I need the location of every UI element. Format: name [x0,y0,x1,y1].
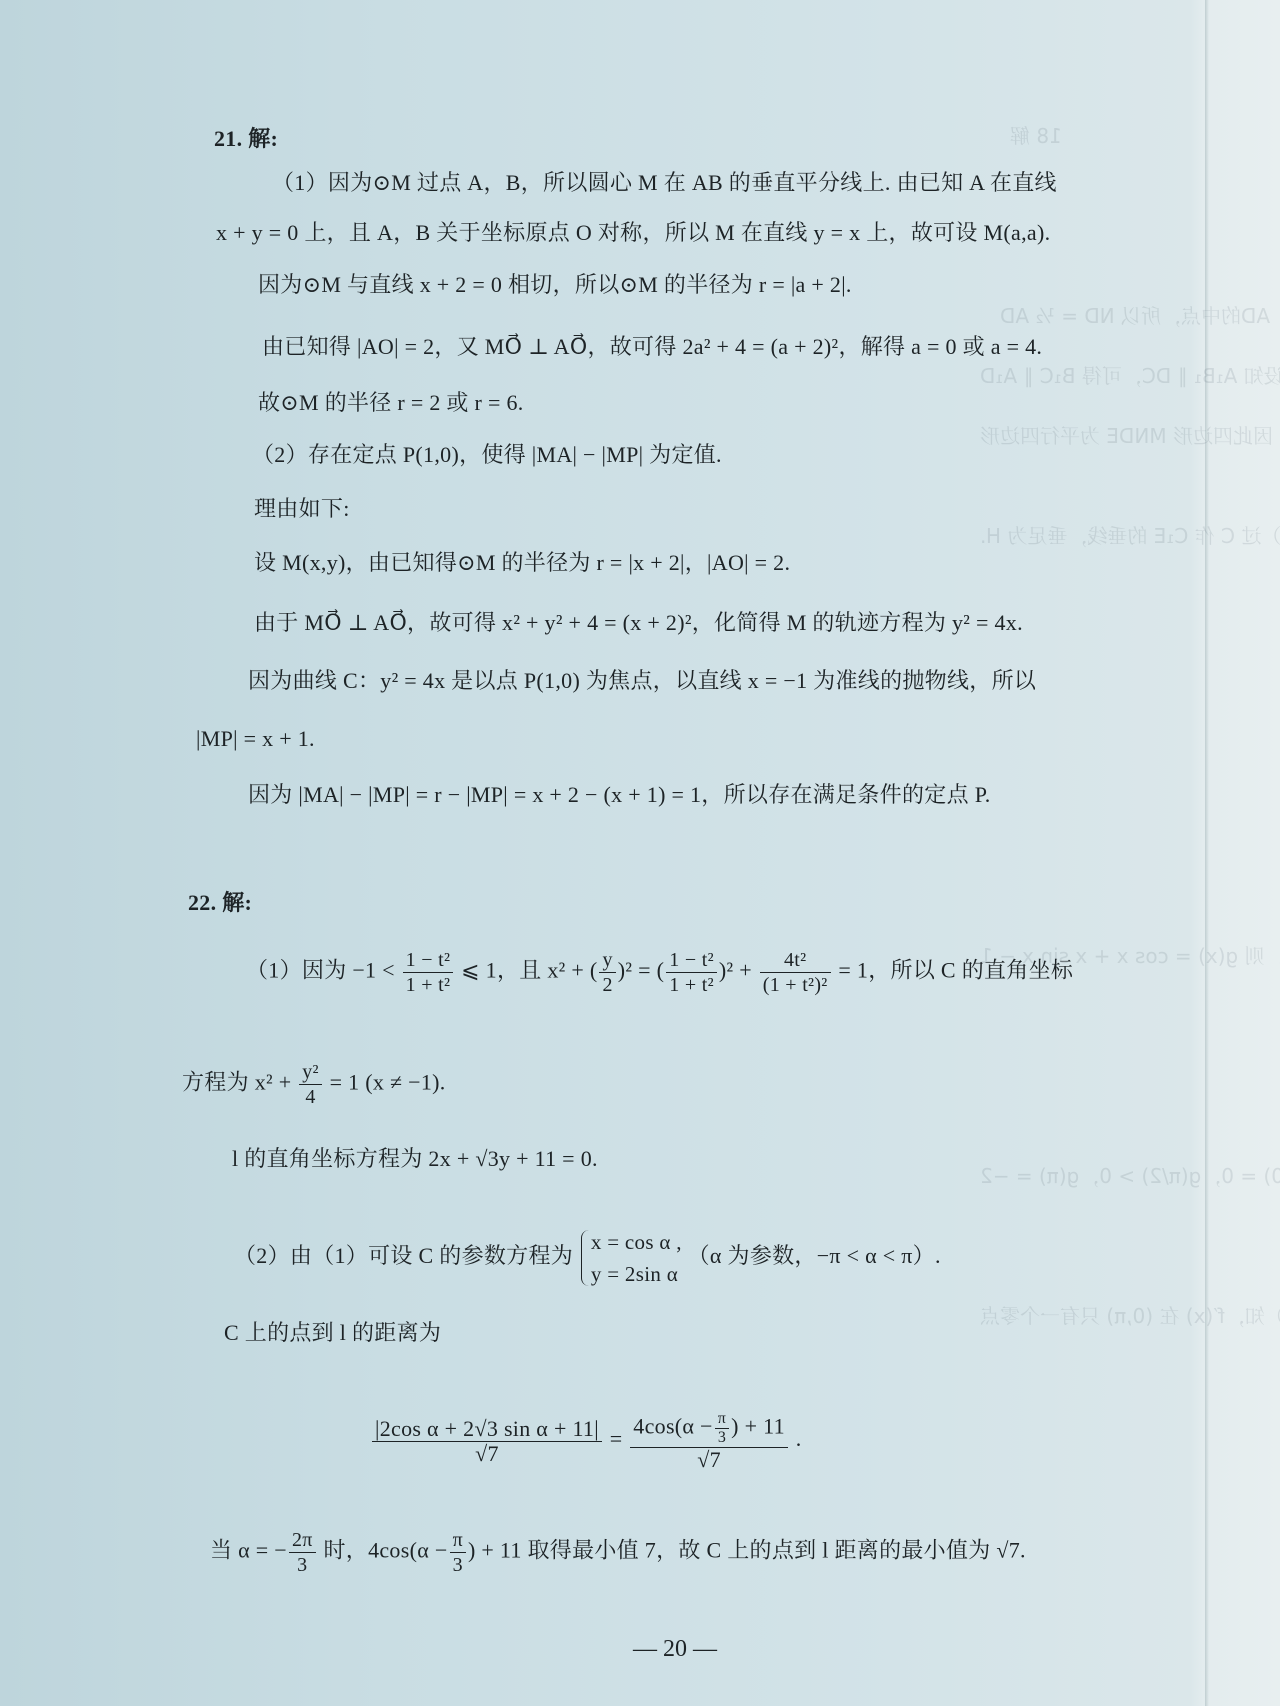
p21-line: 理由如下: [254,494,350,524]
p22-ellipse-line: 方程为 x² + y²4 = 1 (x ≠ −1). [182,1060,446,1109]
text: （2）由（1）可设 C 的参数方程为 [234,1243,573,1268]
text: −1 < [352,958,395,983]
text: )² + [719,958,752,983]
bleed-through-text: 又 g(0) = 0，g(π/2) > 0，g(π) = −2 [980,1160,1280,1189]
text: )² = ( [618,958,664,983]
p21-line: |MP| = x + 1. [196,724,315,754]
fraction: 4t²(1 + t²)² [760,948,831,997]
page-edge [1205,0,1209,1706]
text: = [610,1426,623,1451]
problem-21-heading: 21. 解: [214,124,278,154]
p22-distance-label: C 上的点到 l 的距离为 [224,1318,441,1348]
text: 当 α = − [210,1538,287,1563]
p22-line-l: l 的直角坐标方程为 2x + √3y + 11 = 0. [232,1144,598,1174]
fraction: y2 [599,948,615,997]
fraction: |2cos α + 2√3 sin α + 11|√7 [372,1417,602,1466]
text: （1）因为 [246,958,347,983]
p22-part2-line: （2）由（1）可设 C 的参数方程为 x = cos α ,y = 2sin α… [234,1226,941,1290]
fraction: 1 − t²1 + t² [666,948,717,997]
p21-line: 由于 MO⃗ ⊥ AO⃗，故可得 x² + y² + 4 = (x + 2)²，… [254,608,1023,638]
problem-22-heading: 22. 解: [188,888,252,918]
p21-line: 故⊙M 的半径 r = 2 或 r = 6. [258,388,524,418]
parametric-system: x = cos α ,y = 2sin α [579,1226,682,1290]
p21-line: 因为曲线 C：y² = 4x 是以点 P(1,0) 为焦点，以直线 x = −1… [248,666,1036,696]
p21-line: 由已知得 |AO| = 2，又 MO⃗ ⊥ AO⃗，故可得 2a² + 4 = … [262,332,1042,362]
bleed-through-text: AD的中点，所以 ND = ½ AD [1000,300,1270,329]
p22-part1-line: （1）因为 −1 < 1 − t²1 + t² ⩽ 1，且 x² + (y2)²… [246,948,1073,997]
text: （α 为参数，−π < α < π）. [688,1243,941,1268]
fraction: 2π3 [289,1528,316,1577]
bleed-through-text: 由（1）知，f′(x) 在 (0,π) 只有一个零点 [980,1300,1280,1329]
bleed-through-text: 18 解 [1010,120,1062,149]
p21-line: x + y = 0 上，且 A，B 关于坐标原点 O 对称，所以 M 在直线 y… [216,218,1050,248]
bleed-through-text: （2）过 C 作 C₁E 的垂线，垂足为 H. [980,520,1280,549]
p21-line: （1）因为⊙M 过点 A，B，所以圆心 M 在 AB 的垂直平分线上. 由已知 … [272,168,1057,198]
fraction: 1 − t²1 + t² [403,948,454,997]
text: . [796,1426,802,1451]
fraction: π3 [450,1528,466,1577]
p22-distance-formula: |2cos α + 2√3 sin α + 11|√7 = 4cos(α −π3… [370,1410,802,1472]
text: ⩽ 1，且 x² + ( [461,958,597,983]
text: ) + 11 取得最小值 7，故 C 上的点到 l 距离的最小值为 √7. [468,1538,1026,1563]
text: = 1 (x ≠ −1). [330,1070,446,1095]
bleed-through-text: 由题设知 A₁B₁ ∥ DC，可得 B₁C ∥ A₁D [980,360,1280,389]
p21-line: （2）存在定点 P(1,0)，使得 |MA| − |MP| 为定值. [252,440,722,470]
bleed-through-text: ME ∥ ND，因此四边形 MNDE 为平行四边形 [980,420,1280,449]
fraction: 4cos(α −π3) + 11√7 [630,1410,788,1472]
p21-line: 因为⊙M 与直线 x + 2 = 0 相切，所以⊙M 的半径为 r = |a +… [258,270,852,300]
page-number: — 20 — [0,1636,1280,1663]
p22-final-line: 当 α = −2π3 时，4cos(α −π3) + 11 取得最小值 7，故 … [210,1528,1026,1577]
fraction: y²4 [299,1060,322,1109]
text: 方程为 x² + [182,1070,291,1095]
p21-line: 因为 |MA| − |MP| = r − |MP| = x + 2 − (x +… [248,780,991,810]
text: = 1，所以 C 的直角坐标 [838,958,1073,983]
text: 时，4cos(α − [323,1538,447,1563]
p21-line: 设 M(x,y)，由已知得⊙M 的半径为 r = |x + 2|，|AO| = … [254,548,790,578]
